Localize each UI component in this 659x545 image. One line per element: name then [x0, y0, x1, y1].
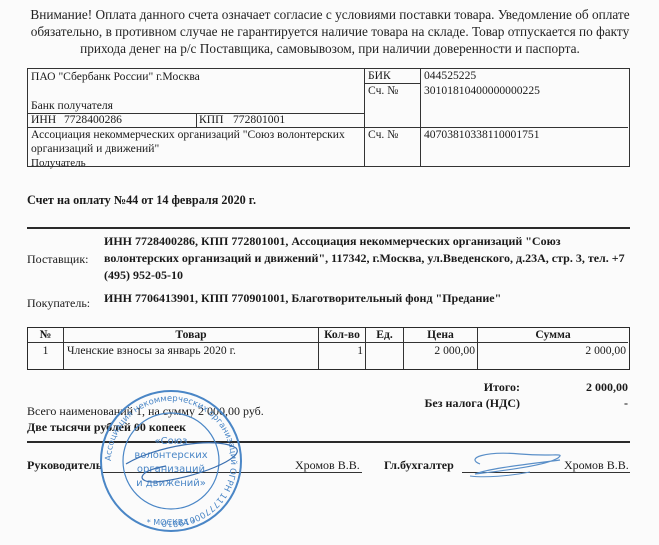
divider: [420, 69, 421, 166]
supplier-details: ИНН 7728400286, КПП 772801001, Ассоциаци…: [104, 233, 644, 284]
accountant-label: Гл.бухгалтер: [384, 458, 454, 473]
recipient-name-line-2: организаций и движений": [31, 142, 159, 156]
bank-label: Банк получателя: [31, 99, 113, 113]
invoice-title: Счет на оплату №44 от 14 февраля 2020 г.: [27, 193, 256, 208]
kpp-value: 772801001: [233, 113, 285, 127]
divider: [196, 113, 197, 128]
payment-notice: Внимание! Оплата данного счета означает …: [30, 6, 630, 57]
col-header-qty: Кол-во: [319, 328, 365, 342]
vat-label: Без налога (НДС): [360, 396, 520, 411]
bik-value: 044525225: [424, 69, 476, 83]
col-header-unit: Ед.: [366, 328, 403, 342]
divider: [28, 342, 628, 343]
buyer-details: ИНН 7706413901, КПП 770901001, Благотвор…: [104, 290, 501, 307]
accountant-signature-icon: [460, 446, 570, 486]
row-1-qty: 1: [319, 344, 363, 358]
row-1-price: 2 000,00: [404, 344, 475, 358]
notice-line-1: Внимание! Оплата данного счета означает …: [30, 6, 630, 23]
inn-value: 7728400286: [64, 113, 122, 127]
goods-table: № Товар Кол-во Ед. Цена Сумма 1 Членские…: [27, 327, 630, 370]
supplier-line-3: (495) 952-05-10: [104, 267, 644, 284]
svg-text:волонтерских: волонтерских: [134, 450, 207, 461]
account-value: 40703810338110001751: [424, 128, 540, 142]
title-divider: [27, 227, 630, 229]
supplier-line-2: волонтерских организаций и движений", 11…: [104, 250, 644, 267]
accountant-name: Хромов В.В.: [564, 458, 629, 473]
bank-details-table: ПАО "Сбербанк России" г.Москва Банк полу…: [27, 68, 630, 167]
col-header-num: №: [28, 328, 63, 342]
notice-line-3: прихода денег на р/с Поставщика, самовыв…: [30, 40, 630, 57]
corr-account-value: 30101810400000000225: [424, 84, 540, 98]
supplier-line-1: ИНН 7728400286, КПП 772801001, Ассоциаци…: [104, 233, 644, 250]
row-1-item: Членские взносы за январь 2020 г.: [67, 344, 236, 358]
svg-text:* МОСКВА *: * МОСКВА *: [147, 518, 196, 527]
corr-account-label: Сч. №: [368, 84, 398, 98]
vat-value: -: [540, 396, 628, 411]
supplier-label: Поставщик:: [27, 252, 89, 267]
recipient-label: Получатель: [31, 156, 86, 170]
col-header-sum: Сумма: [478, 328, 628, 342]
total-value: 2 000,00: [540, 380, 628, 395]
kpp-label: КПП: [199, 113, 223, 127]
inn-label: ИНН: [31, 113, 56, 127]
head-label: Руководитель: [27, 458, 102, 473]
account-label: Сч. №: [368, 128, 398, 142]
notice-line-2: обязательно, в противном случае не гаран…: [30, 23, 630, 40]
recipient-name-line-1: Ассоциация некоммерческих организаций "С…: [31, 128, 345, 142]
col-header-price: Цена: [404, 328, 477, 342]
row-1-sum: 2 000,00: [478, 344, 626, 358]
row-1-num: 1: [28, 344, 63, 358]
head-name: Хромов В.В.: [295, 458, 360, 473]
total-label: Итого:: [380, 380, 520, 395]
col-header-item: Товар: [64, 328, 318, 342]
organization-stamp-icon: Ассоциация некоммерческих организаций ОГ…: [96, 386, 246, 536]
bank-name: ПАО "Сбербанк России" г.Москва: [31, 70, 200, 84]
svg-text:организаций: организаций: [137, 464, 205, 475]
bik-label: БИК: [368, 69, 391, 83]
buyer-label: Покупатель:: [27, 296, 90, 311]
